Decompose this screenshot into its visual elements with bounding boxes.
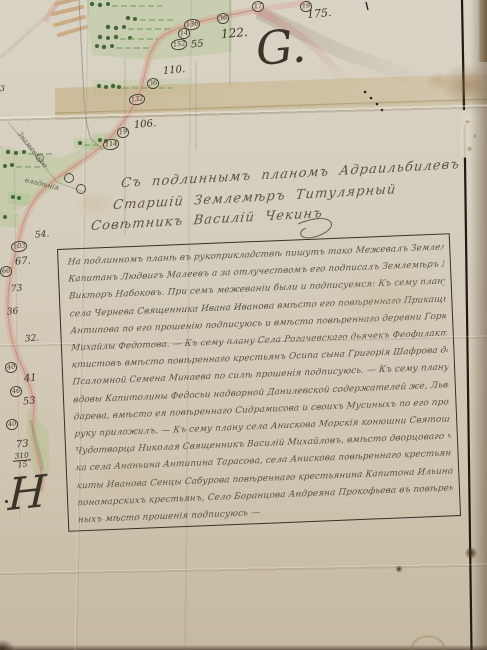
section-letter-n: Н <box>7 470 47 518</box>
map-number-label: 55 <box>191 39 205 50</box>
map-number-label: 122. <box>221 26 249 40</box>
map-number-label: 3 <box>0 85 5 93</box>
map-number-label: 67. <box>15 256 32 267</box>
map-number-label: 73 <box>16 439 30 450</box>
map-number-label: 106. <box>134 119 157 131</box>
map-number-label: 41 <box>24 373 38 384</box>
ink-dot <box>5 500 8 503</box>
paper-damage-patch <box>460 116 487 159</box>
map-number-label: 53 <box>23 396 37 407</box>
attestation-box: На подлинномъ планѣ въ рукоприкладствѣ п… <box>57 233 461 532</box>
map-number-label: 73 <box>11 285 23 295</box>
section-letter-g: G. <box>254 22 307 71</box>
paper-edge-top-right <box>478 0 487 62</box>
map-number-label: 32. <box>25 334 40 344</box>
map-number-label: 36 <box>7 308 19 318</box>
map-photo: 175.122.55110.106.354.67.733632.41537313… <box>0 0 487 650</box>
map-number-label: 110. <box>163 65 186 77</box>
map-number-label: 54. <box>35 230 50 240</box>
